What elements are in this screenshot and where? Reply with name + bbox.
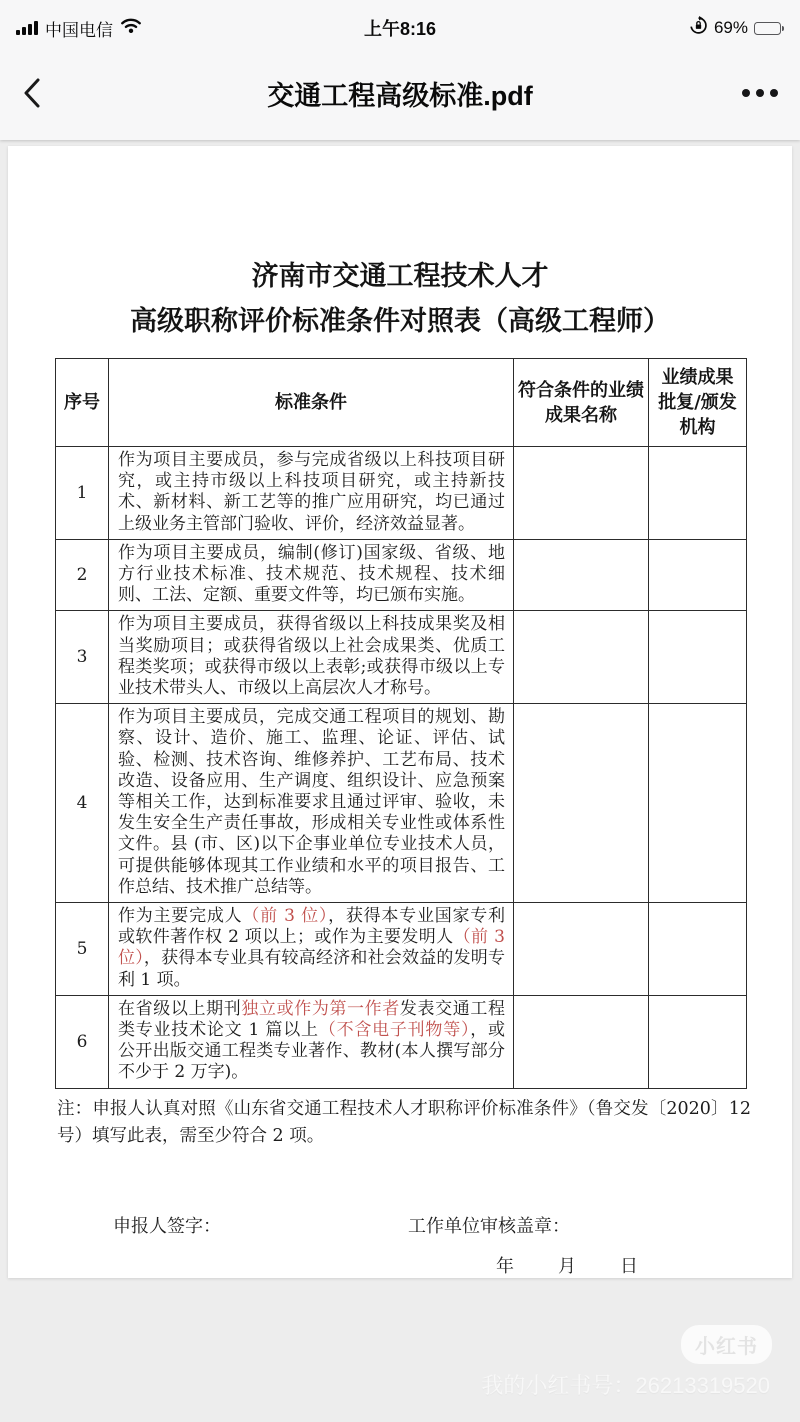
employer-seal-label: 工作单位审核盖章： (408, 1212, 570, 1238)
xiaohongshu-badge: 小红书 (681, 1325, 772, 1364)
row-number: 6 (56, 995, 109, 1088)
document-title-line2: 高级职称评价标准条件对照表（高级工程师） (8, 299, 792, 344)
row-number: 2 (56, 539, 109, 611)
achievement-name-cell (514, 704, 649, 903)
row-number: 1 (56, 447, 109, 540)
criteria-table-body: 1作为项目主要成员，参与完成省级以上科技项目研究，或主持市级以上科技项目研究，或… (56, 447, 747, 1089)
applicant-signature-label: 申报人签字： (113, 1212, 221, 1238)
header-seq: 序号 (56, 359, 109, 447)
table-row: 4作为项目主要成员，完成交通工程项目的规划、勘察、设计、造价、施工、监理、论证、… (56, 704, 747, 903)
row-number: 5 (56, 903, 109, 996)
issuing-org-cell (649, 903, 747, 996)
issuing-org-cell (649, 447, 747, 540)
criteria-table: 序号 标准条件 符合条件的业绩成果名称 业绩成果批复/颁发机构 1作为项目主要成… (55, 358, 747, 1089)
header-achievement-name: 符合条件的业绩成果名称 (514, 359, 649, 447)
date-year-label: 年 (496, 1252, 514, 1278)
achievement-name-cell (514, 539, 649, 611)
criteria-text: 作为项目主要成员，获得省级以上科技成果奖及相当奖励项目；或获得省级以上社会成果类… (109, 611, 514, 704)
orientation-lock-icon (689, 16, 708, 40)
more-options-button[interactable] (718, 89, 778, 97)
criteria-text: 在省级以上期刊独立或作为第一作者发表交通工程类专业技术论文 1 篇以上（不含电子… (109, 995, 514, 1088)
row-number: 4 (56, 704, 109, 903)
nav-bar: 交通工程高级标准.pdf (0, 46, 800, 140)
date-day-label: 日 (620, 1252, 638, 1278)
signature-block: 申报人签字： 工作单位审核盖章： 年 月 日 (8, 1212, 792, 1302)
criteria-text: 作为主要完成人（前 3 位），获得本专业国家专利或软件著作权 2 项以上；或作为… (109, 903, 514, 996)
chevron-left-icon (22, 76, 42, 110)
xiaohongshu-account-watermark: 我的小红书号：26213319520 (481, 1369, 770, 1400)
table-row: 3作为项目主要成员，获得省级以上科技成果奖及相当奖励项目；或获得省级以上社会成果… (56, 611, 747, 704)
file-title: 交通工程高级标准.pdf (82, 74, 718, 113)
carrier-label: 中国电信 (45, 16, 113, 41)
criteria-text: 作为项目主要成员，完成交通工程项目的规划、勘察、设计、造价、施工、监理、论证、评… (109, 704, 514, 903)
achievement-name-cell (514, 611, 649, 704)
date-line: 年 月 日 (496, 1252, 638, 1278)
achievement-name-cell (514, 995, 649, 1088)
top-chrome: 中国电信 上午8:16 69% (0, 0, 800, 140)
criteria-text: 作为项目主要成员，编制(修订)国家级、省级、地方行业技术标准、技术规范、技术规程… (109, 539, 514, 611)
issuing-org-cell (649, 995, 747, 1088)
ellipsis-icon (742, 89, 750, 97)
criteria-text: 作为项目主要成员，参与完成省级以上科技项目研究，或主持市级以上科技项目研究，或主… (109, 447, 514, 540)
table-row: 1作为项目主要成员，参与完成省级以上科技项目研究，或主持市级以上科技项目研究，或… (56, 447, 747, 540)
date-month-label: 月 (558, 1252, 576, 1278)
battery-icon (754, 22, 784, 35)
status-bar: 中国电信 上午8:16 69% (0, 0, 800, 46)
row-number: 3 (56, 611, 109, 704)
header-criteria: 标准条件 (109, 359, 514, 447)
header-issuing-org: 业绩成果批复/颁发机构 (649, 359, 747, 447)
document-title: 济南市交通工程技术人才 高级职称评价标准条件对照表（高级工程师） (8, 254, 792, 344)
table-row: 5作为主要完成人（前 3 位），获得本专业国家专利或软件著作权 2 项以上；或作… (56, 903, 747, 996)
pdf-page: 济南市交通工程技术人才 高级职称评价标准条件对照表（高级工程师） 序号 标准条件… (8, 146, 792, 1278)
issuing-org-cell (649, 539, 747, 611)
issuing-org-cell (649, 611, 747, 704)
table-row: 2作为项目主要成员，编制(修订)国家级、省级、地方行业技术标准、技术规范、技术规… (56, 539, 747, 611)
achievement-name-cell (514, 903, 649, 996)
wifi-icon (120, 17, 142, 39)
back-button[interactable] (22, 76, 82, 110)
achievement-name-cell (514, 447, 649, 540)
issuing-org-cell (649, 704, 747, 903)
table-header-row: 序号 标准条件 符合条件的业绩成果名称 业绩成果批复/颁发机构 (56, 359, 747, 447)
clock: 上午8:16 (276, 15, 524, 41)
note-text: 注：申报人认真对照《山东省交通工程技术人才职称评价标准条件》（鲁交发〔2020〕… (57, 1096, 751, 1150)
signal-strength-icon (16, 21, 38, 35)
document-title-line1: 济南市交通工程技术人才 (8, 254, 792, 299)
table-row: 6在省级以上期刊独立或作为第一作者发表交通工程类专业技术论文 1 篇以上（不含电… (56, 995, 747, 1088)
battery-percent-label: 69% (714, 18, 748, 38)
